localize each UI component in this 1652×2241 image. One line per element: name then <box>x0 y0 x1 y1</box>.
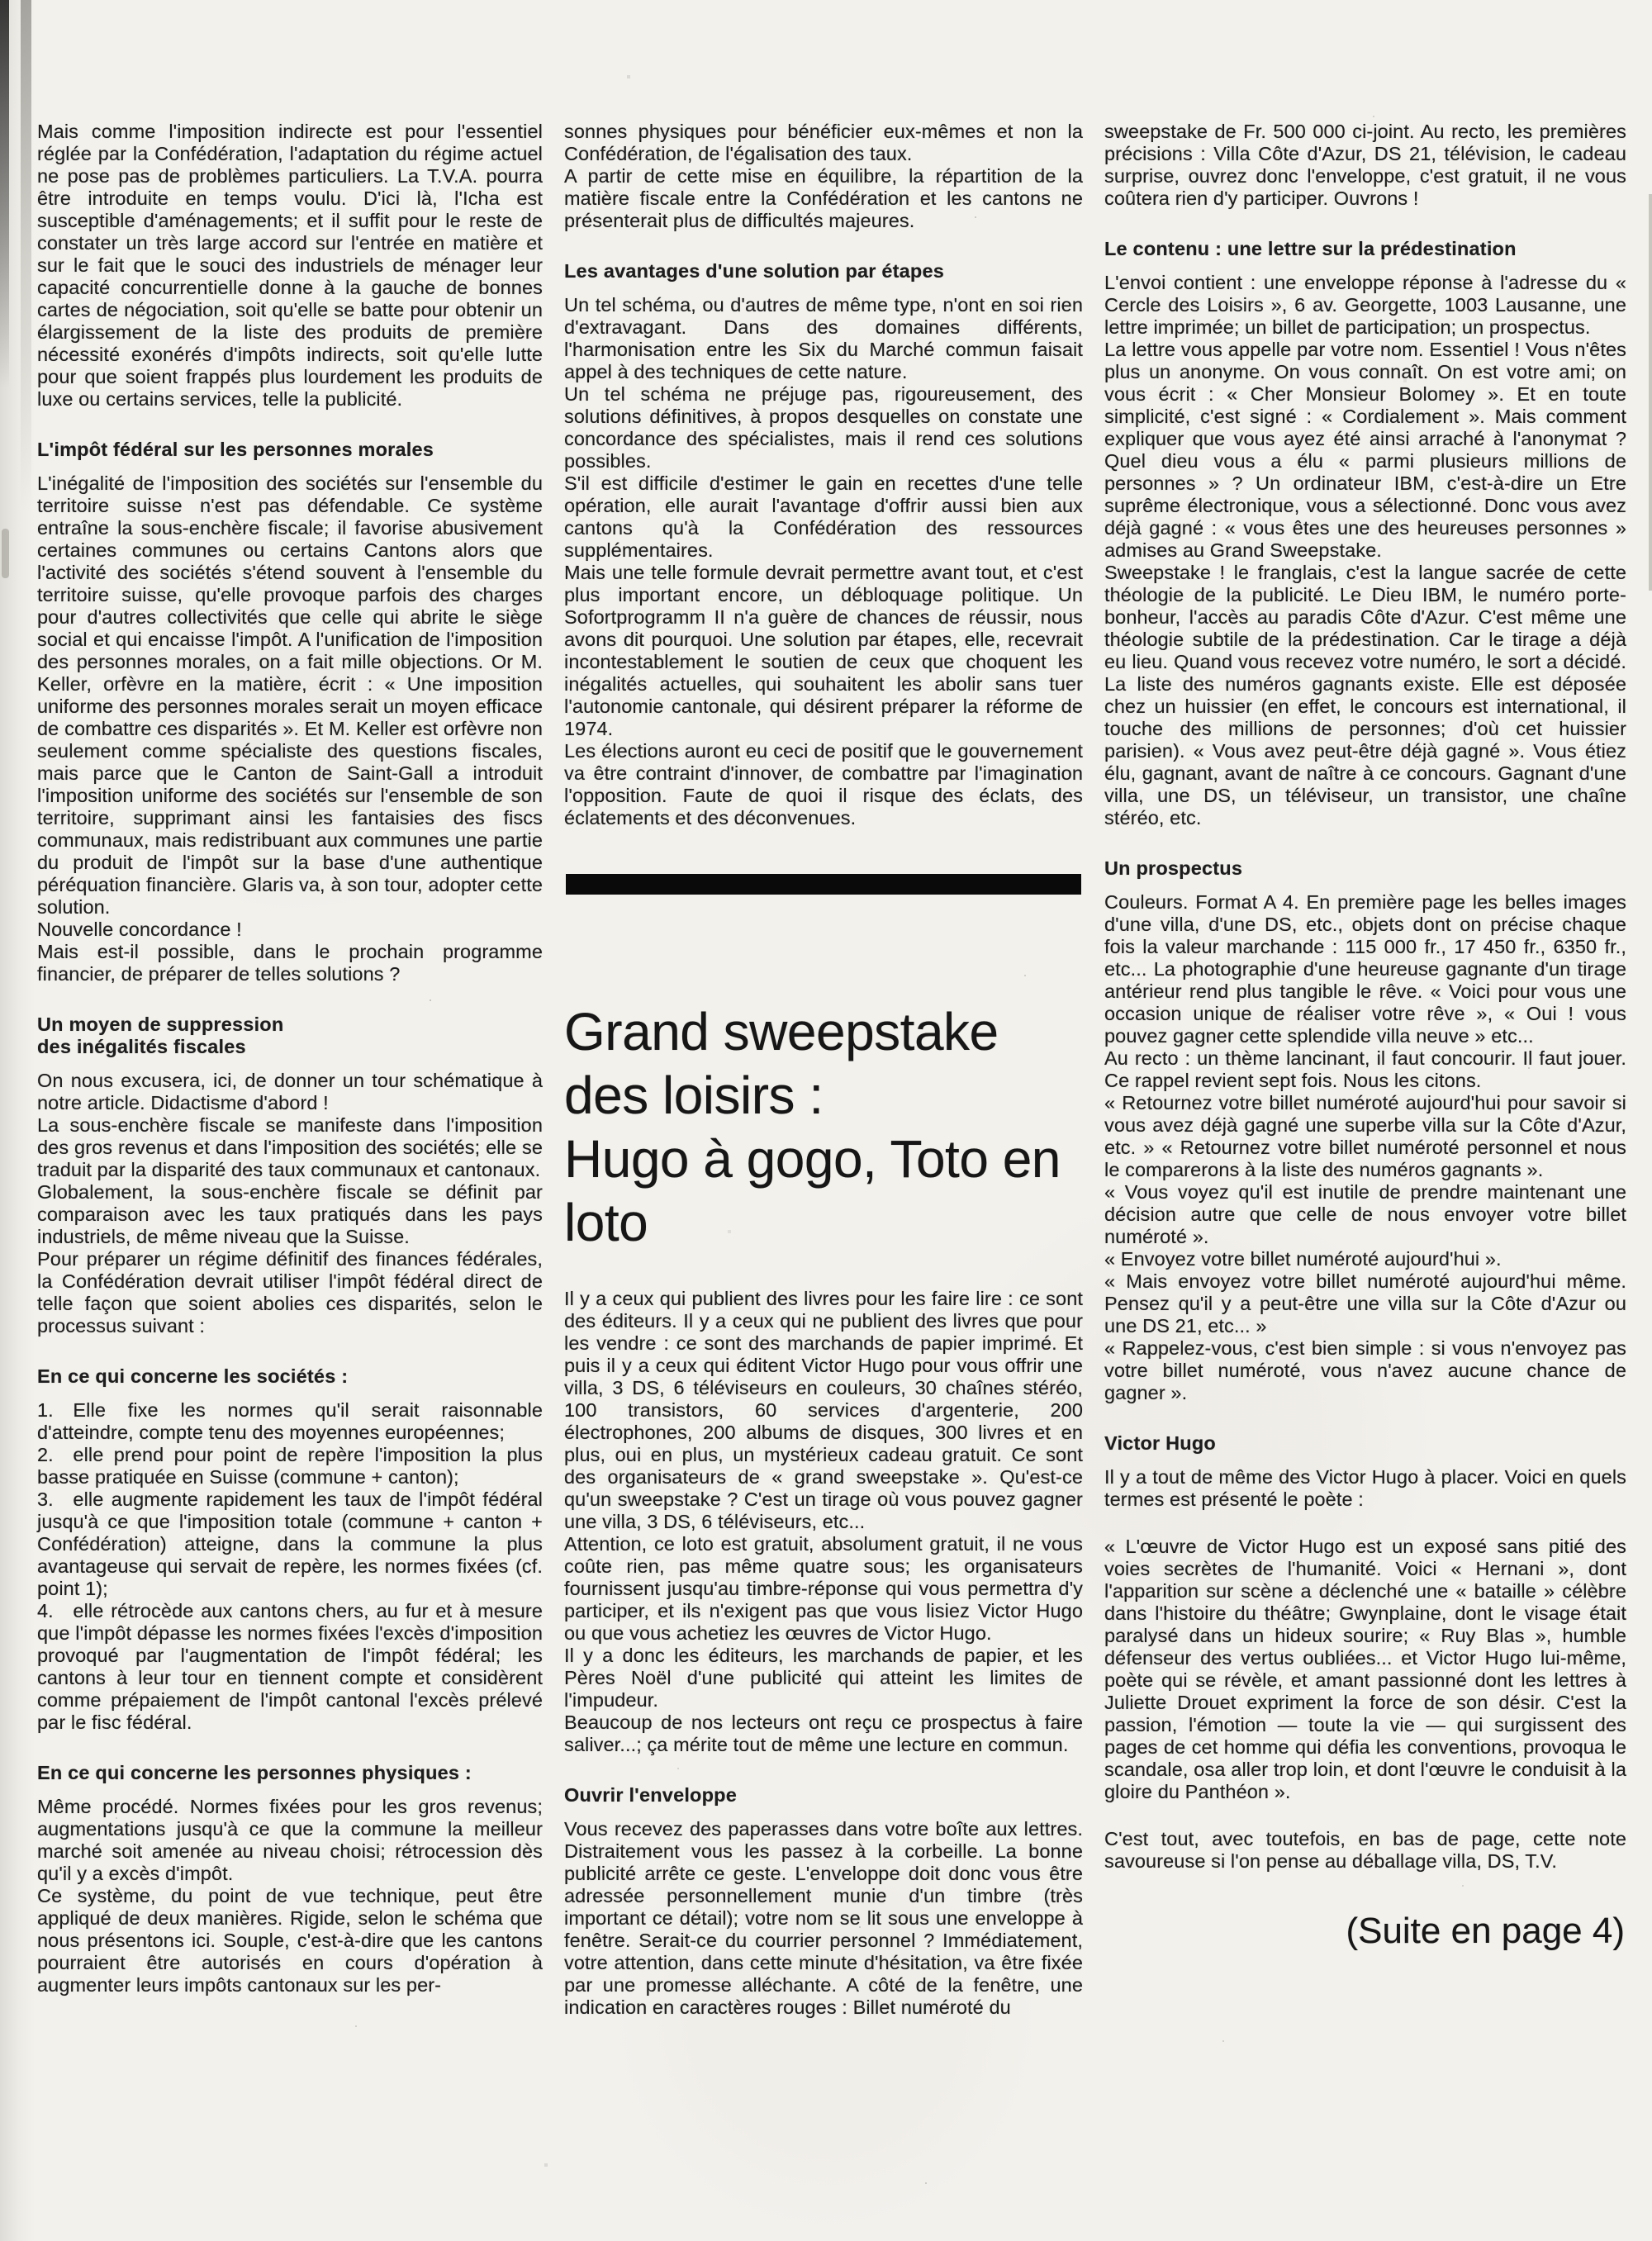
paragraph: Mais est-il possible, dans le prochain p… <box>37 941 543 985</box>
paragraph: Ce système, du point de vue technique, p… <box>37 1885 543 1996</box>
column-2: sonnes physiques pour bénéficier eux-mêm… <box>564 121 1083 2019</box>
paragraph: Sweepstake ! le franglais, c'est la lang… <box>1104 562 1626 829</box>
paragraph: Mais une telle formule devrait permettre… <box>564 562 1083 740</box>
continuation-note: (Suite en page 4) <box>1104 1911 1626 1952</box>
paragraph: C'est tout, avec toutefois, en bas de pa… <box>1104 1828 1626 1873</box>
paragraph: 2. elle prend pour point de repère l'imp… <box>37 1444 543 1488</box>
paragraph: « Mais envoyez votre billet numéroté auj… <box>1104 1270 1626 1337</box>
column-3: sweepstake de Fr. 500 000 ci-joint. Au r… <box>1104 121 1626 2019</box>
paragraph: « Envoyez votre billet numéroté aujourd'… <box>1104 1248 1626 1270</box>
section-heading: Un prospectus <box>1104 857 1626 880</box>
left-edge-ink-blot <box>2 529 9 578</box>
section-heading: Un moyen de suppression des inégalités f… <box>37 1014 543 1058</box>
paragraph: Il y a tout de même des Victor Hugo à pl… <box>1104 1466 1626 1511</box>
section-heading: Le contenu : une lettre sur la prédestin… <box>1104 238 1626 260</box>
left-edge-gray-streak <box>21 0 31 512</box>
paragraph: Un tel schéma ne préjuge pas, rigoureuse… <box>564 383 1083 472</box>
headline-line: Grand sweepstake des loisirs : <box>564 1000 1083 1128</box>
paragraph: Même procédé. Normes fixées pour les gro… <box>37 1796 543 1885</box>
divider-bar <box>566 874 1081 895</box>
left-edge-dark-streak <box>0 0 9 388</box>
section-heading: En ce qui concerne les personnes physiqu… <box>37 1762 543 1784</box>
section-heading: Les avantages d'une solution par étapes <box>564 260 1083 282</box>
paragraph: Couleurs. Format A 4. En première page l… <box>1104 891 1626 1047</box>
paragraph: On nous excusera, ici, de donner un tour… <box>37 1070 543 1114</box>
paragraph: 3. elle augmente rapidement les taux de … <box>37 1488 543 1600</box>
article-headline: Grand sweepstake des loisirs :Hugo à gog… <box>564 1000 1083 1255</box>
section-heading: Ouvrir l'enveloppe <box>564 1784 1083 1807</box>
paragraph: Nouvelle concordance ! <box>37 919 543 941</box>
paragraph: « L'œuvre de Victor Hugo est un exposé s… <box>1104 1536 1626 1803</box>
paragraph: sonnes physiques pour bénéficier eux-mêm… <box>564 121 1083 165</box>
section-heading: Victor Hugo <box>1104 1432 1626 1455</box>
paragraph: A partir de cette mise en équilibre, la … <box>564 165 1083 232</box>
column-1: Mais comme l'imposition indirecte est po… <box>37 121 543 2019</box>
paragraph: Les élections auront eu ceci de positif … <box>564 740 1083 829</box>
paragraph: Au recto : un thème lancinant, il faut c… <box>1104 1047 1626 1092</box>
paragraph: Un tel schéma, ou d'autres de même type,… <box>564 294 1083 383</box>
paragraph: 1. Elle fixe les normes qu'il serait rai… <box>37 1399 543 1444</box>
paragraph: L'inégalité de l'imposition des sociétés… <box>37 472 543 919</box>
article-columns: Mais comme l'imposition indirecte est po… <box>37 121 1626 2019</box>
paragraph: Vous recevez des paperasses dans votre b… <box>564 1818 1083 2019</box>
paragraph: « Vous voyez qu'il est inutile de prendr… <box>1104 1181 1626 1248</box>
paragraph: « Rappelez-vous, c'est bien simple : si … <box>1104 1337 1626 1404</box>
paper-noise-speckles <box>0 0 2 2</box>
paragraph: Il y a donc les éditeurs, les marchands … <box>564 1645 1083 1712</box>
section-heading: En ce qui concerne les sociétés : <box>37 1365 543 1388</box>
right-edge-scan-line <box>1649 194 1652 591</box>
newspaper-page: Mais comme l'imposition indirecte est po… <box>0 0 1652 2241</box>
headline-line: Hugo à gogo, Toto en loto <box>564 1128 1083 1255</box>
paragraph: Mais comme l'imposition indirecte est po… <box>37 121 543 411</box>
paragraph: 4. elle rétrocède aux cantons chers, au … <box>37 1600 543 1734</box>
section-heading: L'impôt fédéral sur les personnes morale… <box>37 439 543 461</box>
paragraph: Attention, ce loto est gratuit, absolume… <box>564 1533 1083 1645</box>
paragraph: La lettre vous appelle par votre nom. Es… <box>1104 339 1626 562</box>
paragraph: Globalement, la sous-enchère fiscale se … <box>37 1181 543 1248</box>
paragraph: L'envoi contient : une enveloppe réponse… <box>1104 272 1626 339</box>
paragraph: sweepstake de Fr. 500 000 ci-joint. Au r… <box>1104 121 1626 210</box>
paragraph: Pour préparer un régime définitif des fi… <box>37 1248 543 1337</box>
paragraph: Beaucoup de nos lecteurs ont reçu ce pro… <box>564 1712 1083 1756</box>
paragraph: La sous-enchère fiscale se manifeste dan… <box>37 1114 543 1181</box>
paragraph: « Retournez votre billet numéroté aujour… <box>1104 1092 1626 1181</box>
paragraph: Il y a ceux qui publient des livres pour… <box>564 1288 1083 1533</box>
paragraph: S'il est difficile d'estimer le gain en … <box>564 472 1083 562</box>
